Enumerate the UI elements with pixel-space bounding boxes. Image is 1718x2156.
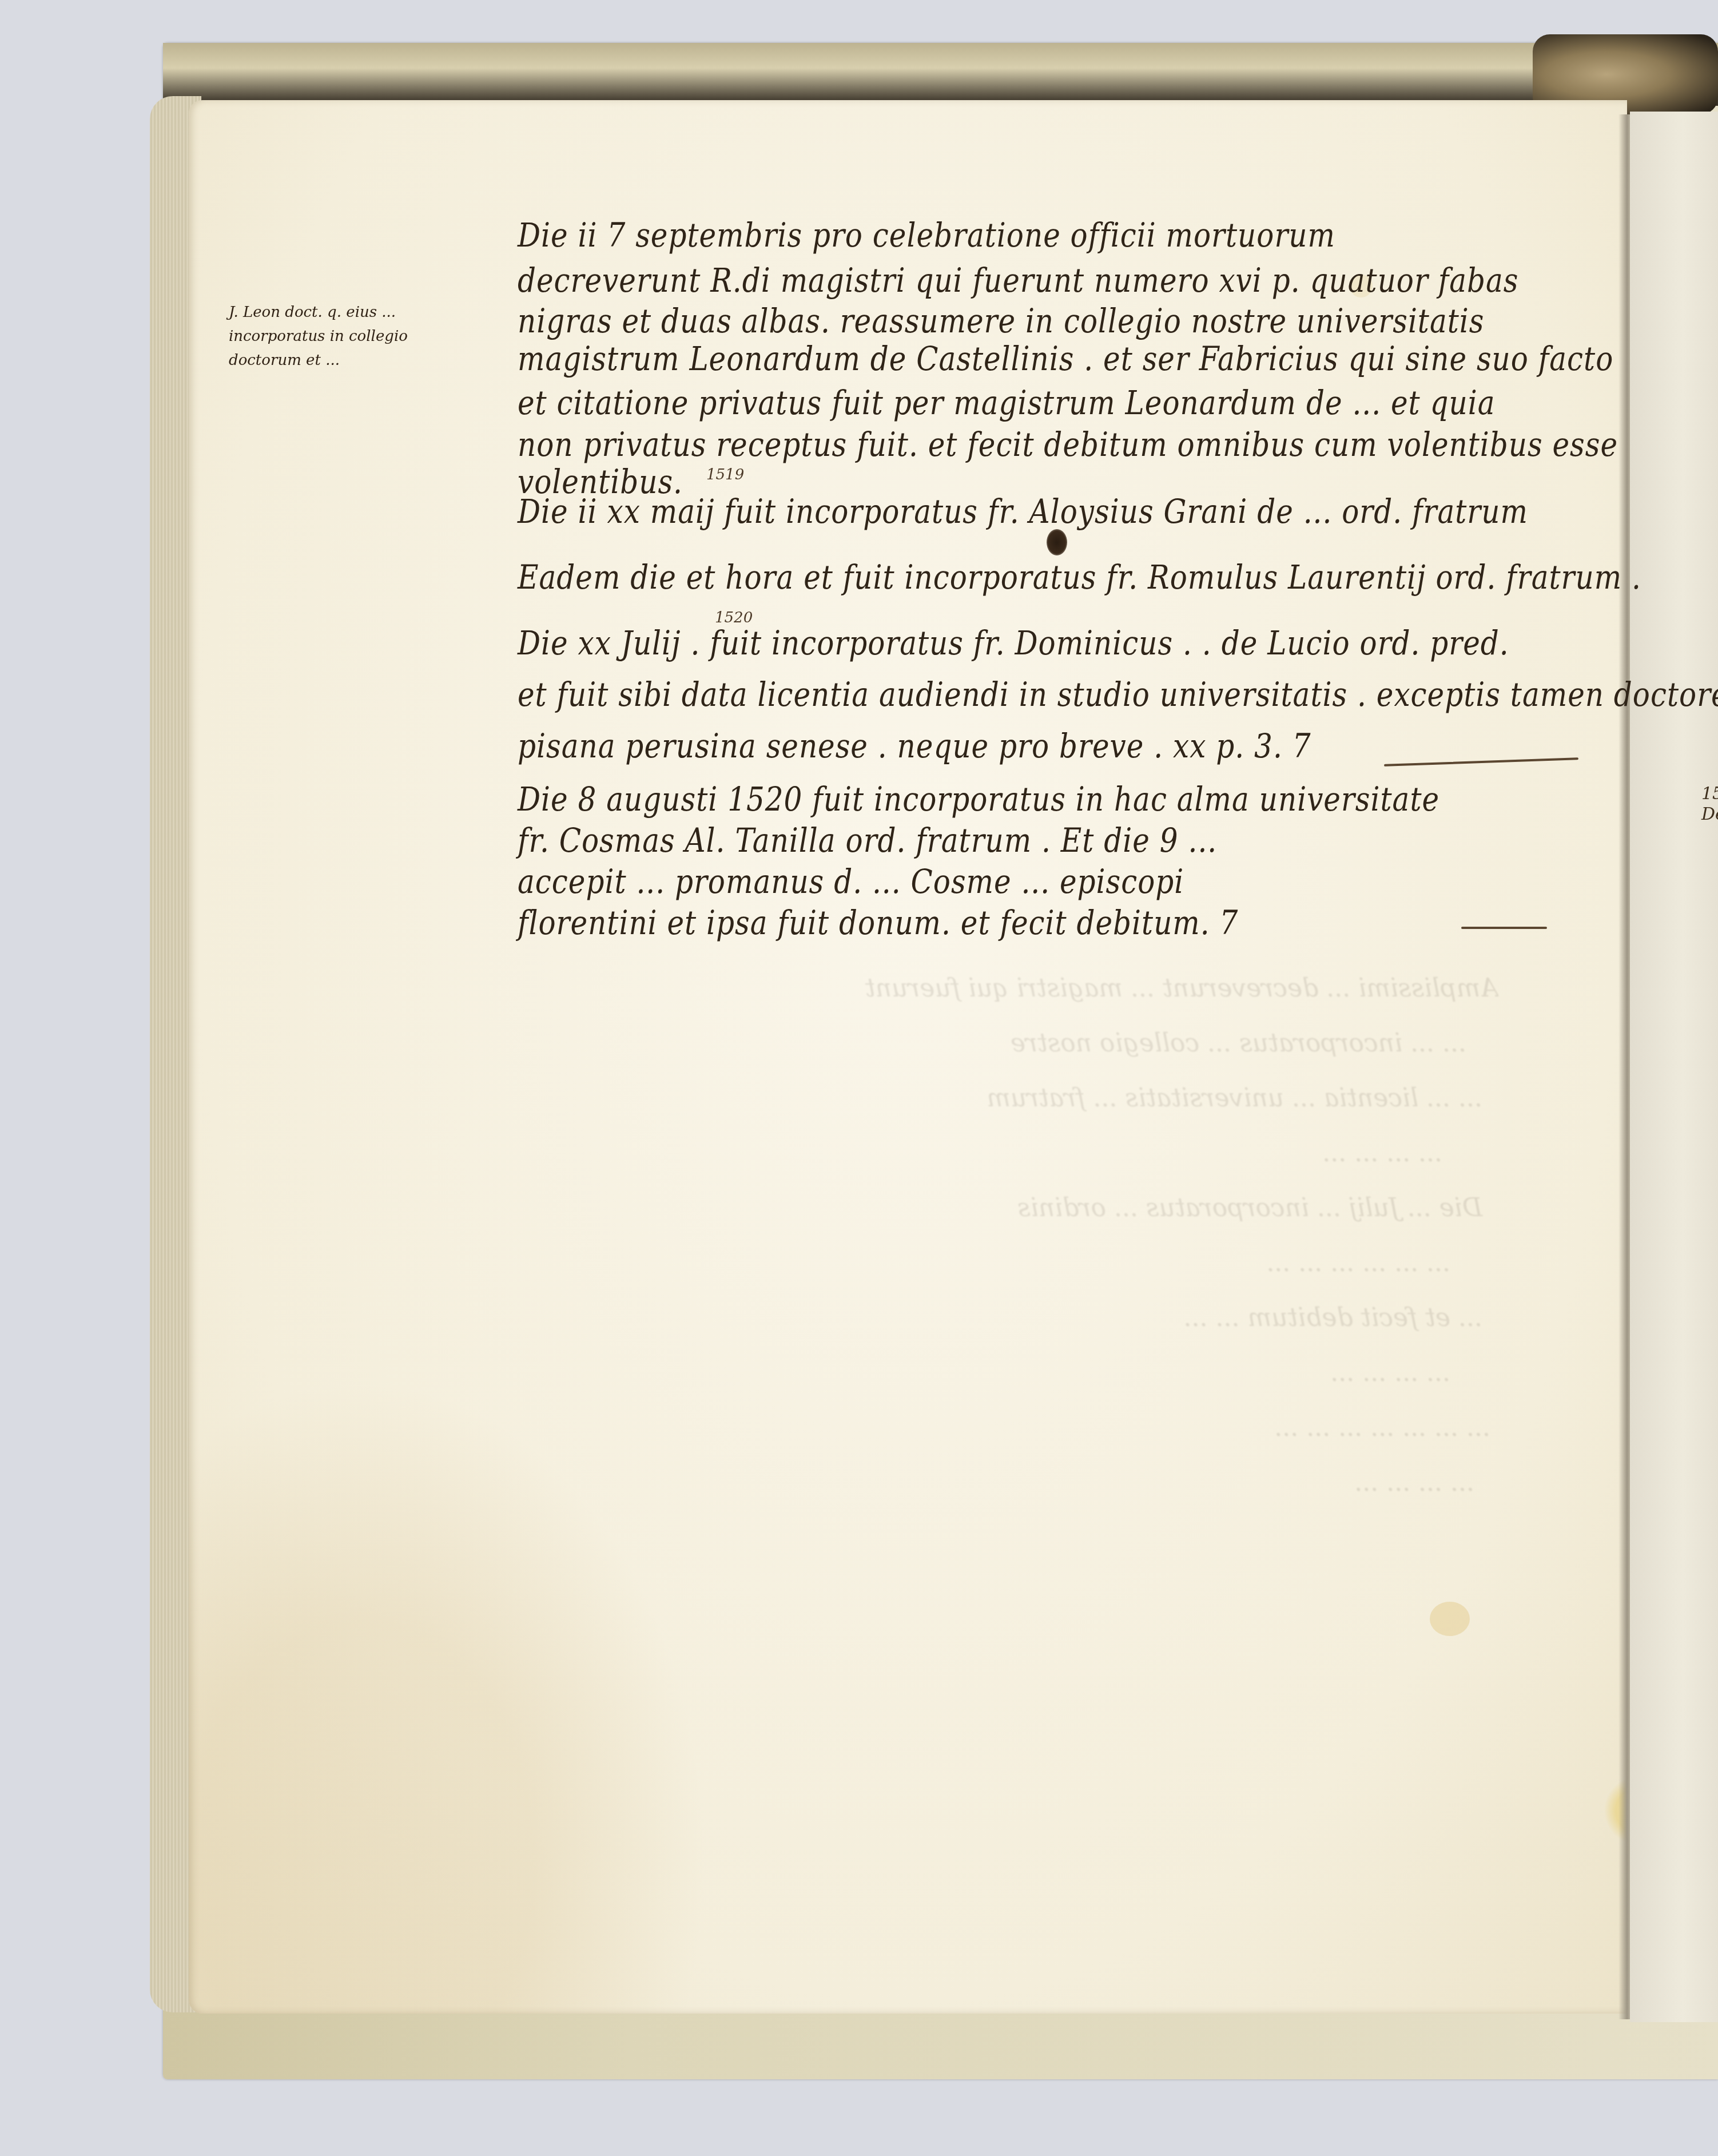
entry-2: 1519 Die ii xx maij fuit incorporatus fr… <box>518 498 1528 531</box>
text-line: accepit ... promanus d. ... Cosme ... ep… <box>518 863 1439 910</box>
text-line: decreverunt R.di magistri qui fuerunt nu… <box>518 262 1618 308</box>
year-note: 1520 <box>715 609 753 626</box>
text-line: magistrum Leonardum de Castellinis . et … <box>518 340 1618 390</box>
marginal-line: incorporatus in collegio <box>229 324 515 348</box>
text-line: non privatus receptus fuit. et fecit deb… <box>518 426 1618 468</box>
text-line: Die 8 augusti 1520 fuit incorporatus in … <box>518 780 1439 828</box>
text-line: Die ii xx maij fuit incorporatus fr. Alo… <box>518 493 1528 531</box>
entry-4: 1520 Die xx Julij . fuit incorporatus fr… <box>518 632 1718 787</box>
year-note: 1519 <box>706 466 744 483</box>
facing-line-1: 15 <box>1701 784 1718 804</box>
facing-line-2: De <box>1701 804 1718 824</box>
text-line: et fuit sibi data licentia audiendi in s… <box>518 676 1718 736</box>
paper-stain <box>1430 1602 1470 1636</box>
line-filler-flourish <box>1461 927 1547 929</box>
marginal-line: doctorum et ... <box>229 348 515 372</box>
text-line: et citatione privatus fuit per magistrum… <box>518 384 1618 431</box>
text-line: Die ii 7 septembris pro celebratione off… <box>518 216 1618 268</box>
text-line: fr. Cosmas Al. Tanilla ord. fratrum . Et… <box>518 821 1439 869</box>
facing-page <box>1630 112 1718 2022</box>
entry-5: Die 8 augusti 1520 fuit incorporatus in … <box>518 787 1439 951</box>
marginal-line: J. Leon doct. q. eius ... <box>229 300 515 324</box>
marginal-note: J. Leon doct. q. eius ... incorporatus i… <box>229 300 515 372</box>
text-line: Eadem die et hora et fuit incorporatus f… <box>518 558 1641 597</box>
facing-page-fragment: 15 De <box>1701 784 1718 825</box>
entry-3: Eadem die et hora et fuit incorporatus f… <box>518 563 1641 597</box>
ink-blot <box>1047 529 1067 555</box>
text-line: Die xx Julij . fuit incorporatus fr. Dom… <box>518 625 1718 684</box>
bleed-through-text: Amplissimi ... decreverunt ... magistri … <box>412 961 1498 1682</box>
text-line: florentini et ipsa fuit donum. et fecit … <box>518 904 1439 951</box>
text-line: pisana perusina senese . neque pro breve… <box>518 728 1718 787</box>
entry-1: Die ii 7 septembris pro celebratione off… <box>518 223 1618 502</box>
cover-top-edge <box>163 43 1718 106</box>
